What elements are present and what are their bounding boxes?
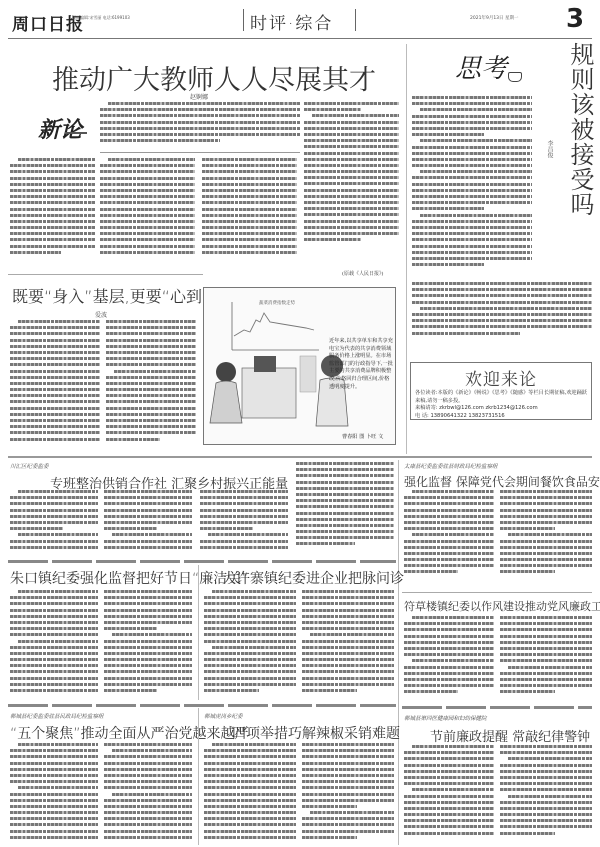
- article-column: [104, 590, 192, 700]
- article-column: [302, 743, 394, 845]
- welcome-text: 各位读者:本版的《新论》《畅说》《思考》《随感》等栏目长期征稿,欢迎踊跃来稿,请…: [411, 390, 591, 405]
- xinlun-logo-text: 新论: [38, 117, 82, 143]
- xinlun-column-badge: 新论: [38, 118, 88, 142]
- dashed-divider: [8, 560, 396, 563]
- sikao-article-body-cont: [412, 282, 592, 342]
- article-column: [302, 590, 394, 700]
- masthead-rule: [8, 38, 592, 39]
- article-column: [404, 490, 494, 585]
- lead-source: (原载《人民日报》): [342, 270, 383, 277]
- article-headline: 大许寨镇纪委进企业把脉问诊: [222, 568, 404, 588]
- lead-column-1: [10, 158, 95, 258]
- cartoon-chart-label: 蔬菜消费指数走势: [259, 300, 295, 306]
- article-column: [104, 490, 192, 552]
- email-label: 来稿请寄:: [415, 405, 438, 411]
- article-column: [10, 490, 98, 552]
- cartoon-credit: 曹春阳 图 卜旺 文: [342, 434, 383, 442]
- welcome-title: 欢迎来论: [411, 365, 591, 390]
- article-column: [204, 743, 296, 845]
- article-column: [200, 490, 288, 552]
- dashed-divider: [402, 706, 592, 709]
- section-divider-left: [243, 9, 244, 31]
- lead-headline: 推动广大教师人人尽展其才: [52, 58, 376, 97]
- article-kicker: 川汇区纪委监委: [10, 462, 49, 470]
- article-column: [10, 590, 98, 700]
- article-kicker: 郸城县纪委监委驻县民政局纪检监察组: [10, 712, 104, 720]
- sikao-author: 李昌俊: [545, 140, 554, 158]
- article-column: [404, 745, 494, 845]
- section-title: 时评·综合: [250, 9, 333, 34]
- inner-divider: [198, 565, 199, 700]
- dashed-divider: [8, 704, 396, 707]
- bottom-section-rule: [8, 456, 592, 458]
- grassroots-top-rule: [8, 274, 203, 275]
- article-headline: 符草楼镇纪委以作风建设推动党风廉政工作: [404, 598, 600, 614]
- bottom-column-divider: [398, 460, 399, 845]
- grassroots-byline: 爱波: [95, 310, 107, 319]
- article-column: [10, 743, 98, 845]
- sikao-vertical-title: 『快递不上门』的潜规则该被接受吗: [563, 42, 600, 287]
- lead-column-2: [100, 158, 195, 258]
- section-divider-right: [355, 9, 356, 31]
- article-column: [204, 590, 296, 700]
- teapot-icon: [508, 72, 522, 82]
- article-column: [500, 490, 592, 585]
- editor-info: 版面编辑:宋雪丽 电话:6199103: [72, 15, 130, 21]
- article-headline: “五个聚焦”推动全面从严治党越来越严: [10, 723, 249, 743]
- issue-date: 2021年9月13日 星期一: [470, 15, 518, 21]
- intro-rule: [100, 152, 300, 153]
- inner-divider: [198, 708, 199, 845]
- column-divider: [406, 44, 407, 454]
- article-column: [500, 745, 592, 845]
- article-headline: 四项举措巧解辣椒采销难题: [232, 723, 400, 743]
- sikao-article-body: [412, 96, 532, 281]
- welcome-box: 欢迎来论 各位读者:本版的《新论》《畅说》《思考》《随感》等栏目长期征稿,欢迎踊…: [410, 362, 592, 420]
- article-rule: [402, 592, 592, 593]
- article-column: [500, 616, 592, 702]
- article-kicker: 郸城虎岗乡纪委: [204, 712, 243, 720]
- cartoon-caption: 近年来,以共享单车和共享充电宝为代表的共享消费领域服务价格上涨明显。在市场监管部…: [329, 338, 393, 391]
- badge-stroke-icon: [65, 132, 87, 134]
- grassroots-column-2: [106, 320, 196, 450]
- article-column: [404, 616, 494, 702]
- lead-byline: 赵婀娜: [190, 92, 208, 101]
- article-headline: 强化监督 保障党代会期间餐饮食品安全: [404, 473, 600, 490]
- newspaper-logo: 周口日报: [12, 10, 84, 35]
- cartoon-frame: 蔬菜消费指数走势 近年来,以共享单车和共享充电宝为代表的共享消费领域服务价格上涨…: [203, 287, 396, 445]
- submission-phones: 13890641322 13823731516: [430, 413, 504, 419]
- article-column: [104, 743, 192, 845]
- lead-intro-paragraph: [100, 102, 300, 150]
- article-headline: 节前廉政提醒 常敲纪律警钟: [430, 726, 590, 745]
- lead-column-3: [202, 158, 297, 258]
- sikao-logo: 思考: [455, 48, 507, 85]
- article-headline: 朱口镇纪委强化监督把好节日“廉洁关”: [10, 568, 249, 588]
- lead-column-4: [304, 102, 399, 258]
- article-column: [296, 462, 394, 552]
- page-number: 3: [566, 4, 584, 34]
- phone-label: 电 话:: [415, 413, 429, 419]
- submission-emails[interactable]: zkrbwl@126.com zkrb1234@126.com: [439, 405, 537, 411]
- grassroots-column-1: [10, 320, 100, 450]
- article-kicker: 太康县纪委监委驻县财政局纪检监察组: [404, 462, 498, 470]
- article-kicker: 郸城县第四医健康园和妇幼保健院: [404, 714, 487, 722]
